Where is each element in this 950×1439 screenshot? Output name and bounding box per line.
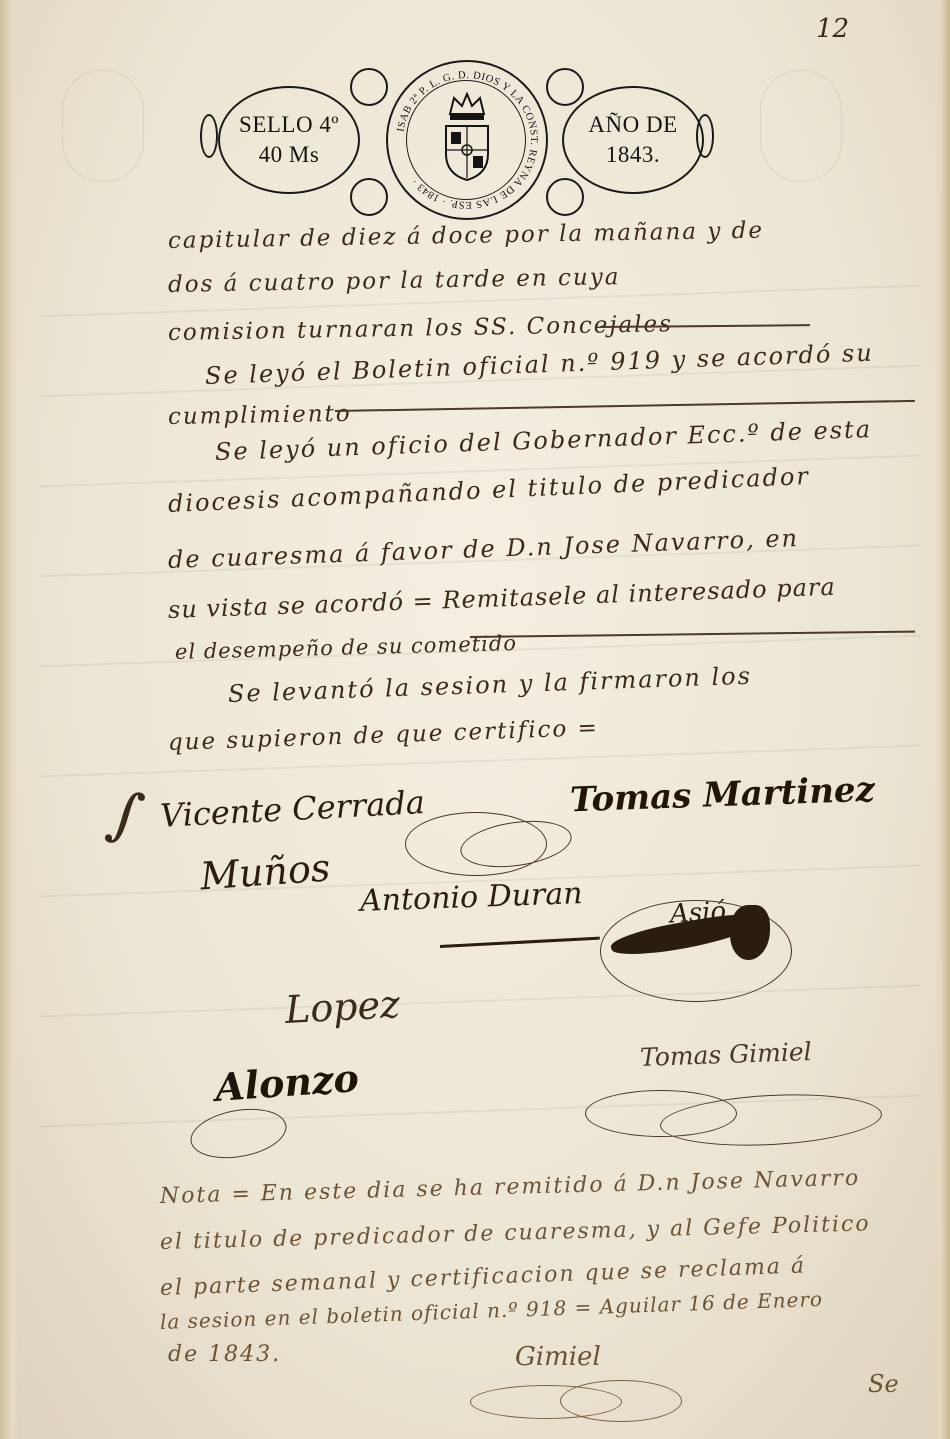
scroll-ornament: [546, 68, 584, 106]
royal-medallion: ISAB 2ª P. L. G. D. DIOS Y LA CONST. REY…: [386, 60, 548, 220]
signature: Tomas Martinez: [569, 770, 875, 821]
text-line: capitular de diez á doce por la mañana y…: [168, 218, 764, 254]
final-signature: Gimiel: [515, 1342, 601, 1372]
document-page: 12 SELLO 4º 40 Ms ISAB 2ª P. L. G. D. DI…: [0, 0, 950, 1439]
stamp-value-oval: SELLO 4º 40 Ms: [218, 86, 360, 194]
embossed-seal-right: [760, 70, 842, 182]
rubric-stroke: ∫: [101, 777, 149, 853]
text-line: el desempeño de su cometido: [175, 631, 518, 664]
scroll-ornament: [350, 68, 388, 106]
coat-of-arms-icon: [440, 92, 494, 184]
stamp-year-oval: AÑO DE 1843.: [562, 86, 704, 194]
text-line: Se levantó la sesion y la firmaron los: [228, 662, 753, 708]
text-line: dos á cuatro por la tarde en cuya: [168, 264, 621, 298]
signature-flourish: [560, 1380, 682, 1422]
catchword: Se: [868, 1370, 899, 1398]
text-line: Se leyó el Boletin oficial n.º 919 y se …: [205, 339, 875, 390]
text-line: comision turnaran los SS. Concejales: [168, 311, 673, 346]
signature: Tomas Gimiel: [640, 1037, 813, 1072]
page-spine-shadow: [0, 0, 18, 1439]
signature: Muños: [199, 846, 332, 899]
line-filler-stroke: [335, 400, 915, 412]
bleed-through-line: [40, 985, 920, 1018]
stamp-year: 1843.: [606, 140, 660, 170]
signature: Alonzo: [214, 1055, 361, 1110]
stamp-value: 40 Ms: [259, 140, 320, 170]
embossed-seal-left: [62, 70, 144, 182]
text-line: cumplimiento: [168, 401, 352, 430]
signature-flourish: [187, 1102, 291, 1165]
tax-stamp: SELLO 4º 40 Ms ISAB 2ª P. L. G. D. DIOS …: [200, 58, 700, 218]
signature-underline: [440, 937, 600, 948]
note-line: el titulo de predicador de cuaresma, y a…: [160, 1211, 871, 1255]
stamp-year-label: AÑO DE: [588, 110, 677, 140]
folio-number: 12: [816, 14, 849, 44]
text-line: que supieron de que certifico =: [168, 715, 600, 756]
note-line: de 1843.: [168, 1342, 281, 1367]
signature: Antonio Duran: [359, 876, 583, 919]
signature: Lopez: [284, 982, 401, 1032]
text-line: de cuaresma á favor de D.n Jose Navarro,…: [168, 524, 800, 574]
scroll-ornament: [350, 178, 388, 216]
stamp-seal-class: SELLO 4º: [239, 110, 339, 140]
signature: Vicente Cerrada: [159, 783, 426, 835]
scroll-ornament: [546, 178, 584, 216]
text-line: su vista se acordó = Remitasele al inter…: [168, 573, 837, 624]
line-filler-stroke: [600, 324, 810, 328]
scroll-ornament: [200, 114, 218, 158]
note-line: Nota = En este dia se ha remitido á D.n …: [160, 1166, 861, 1209]
page-edge: [936, 0, 950, 1439]
